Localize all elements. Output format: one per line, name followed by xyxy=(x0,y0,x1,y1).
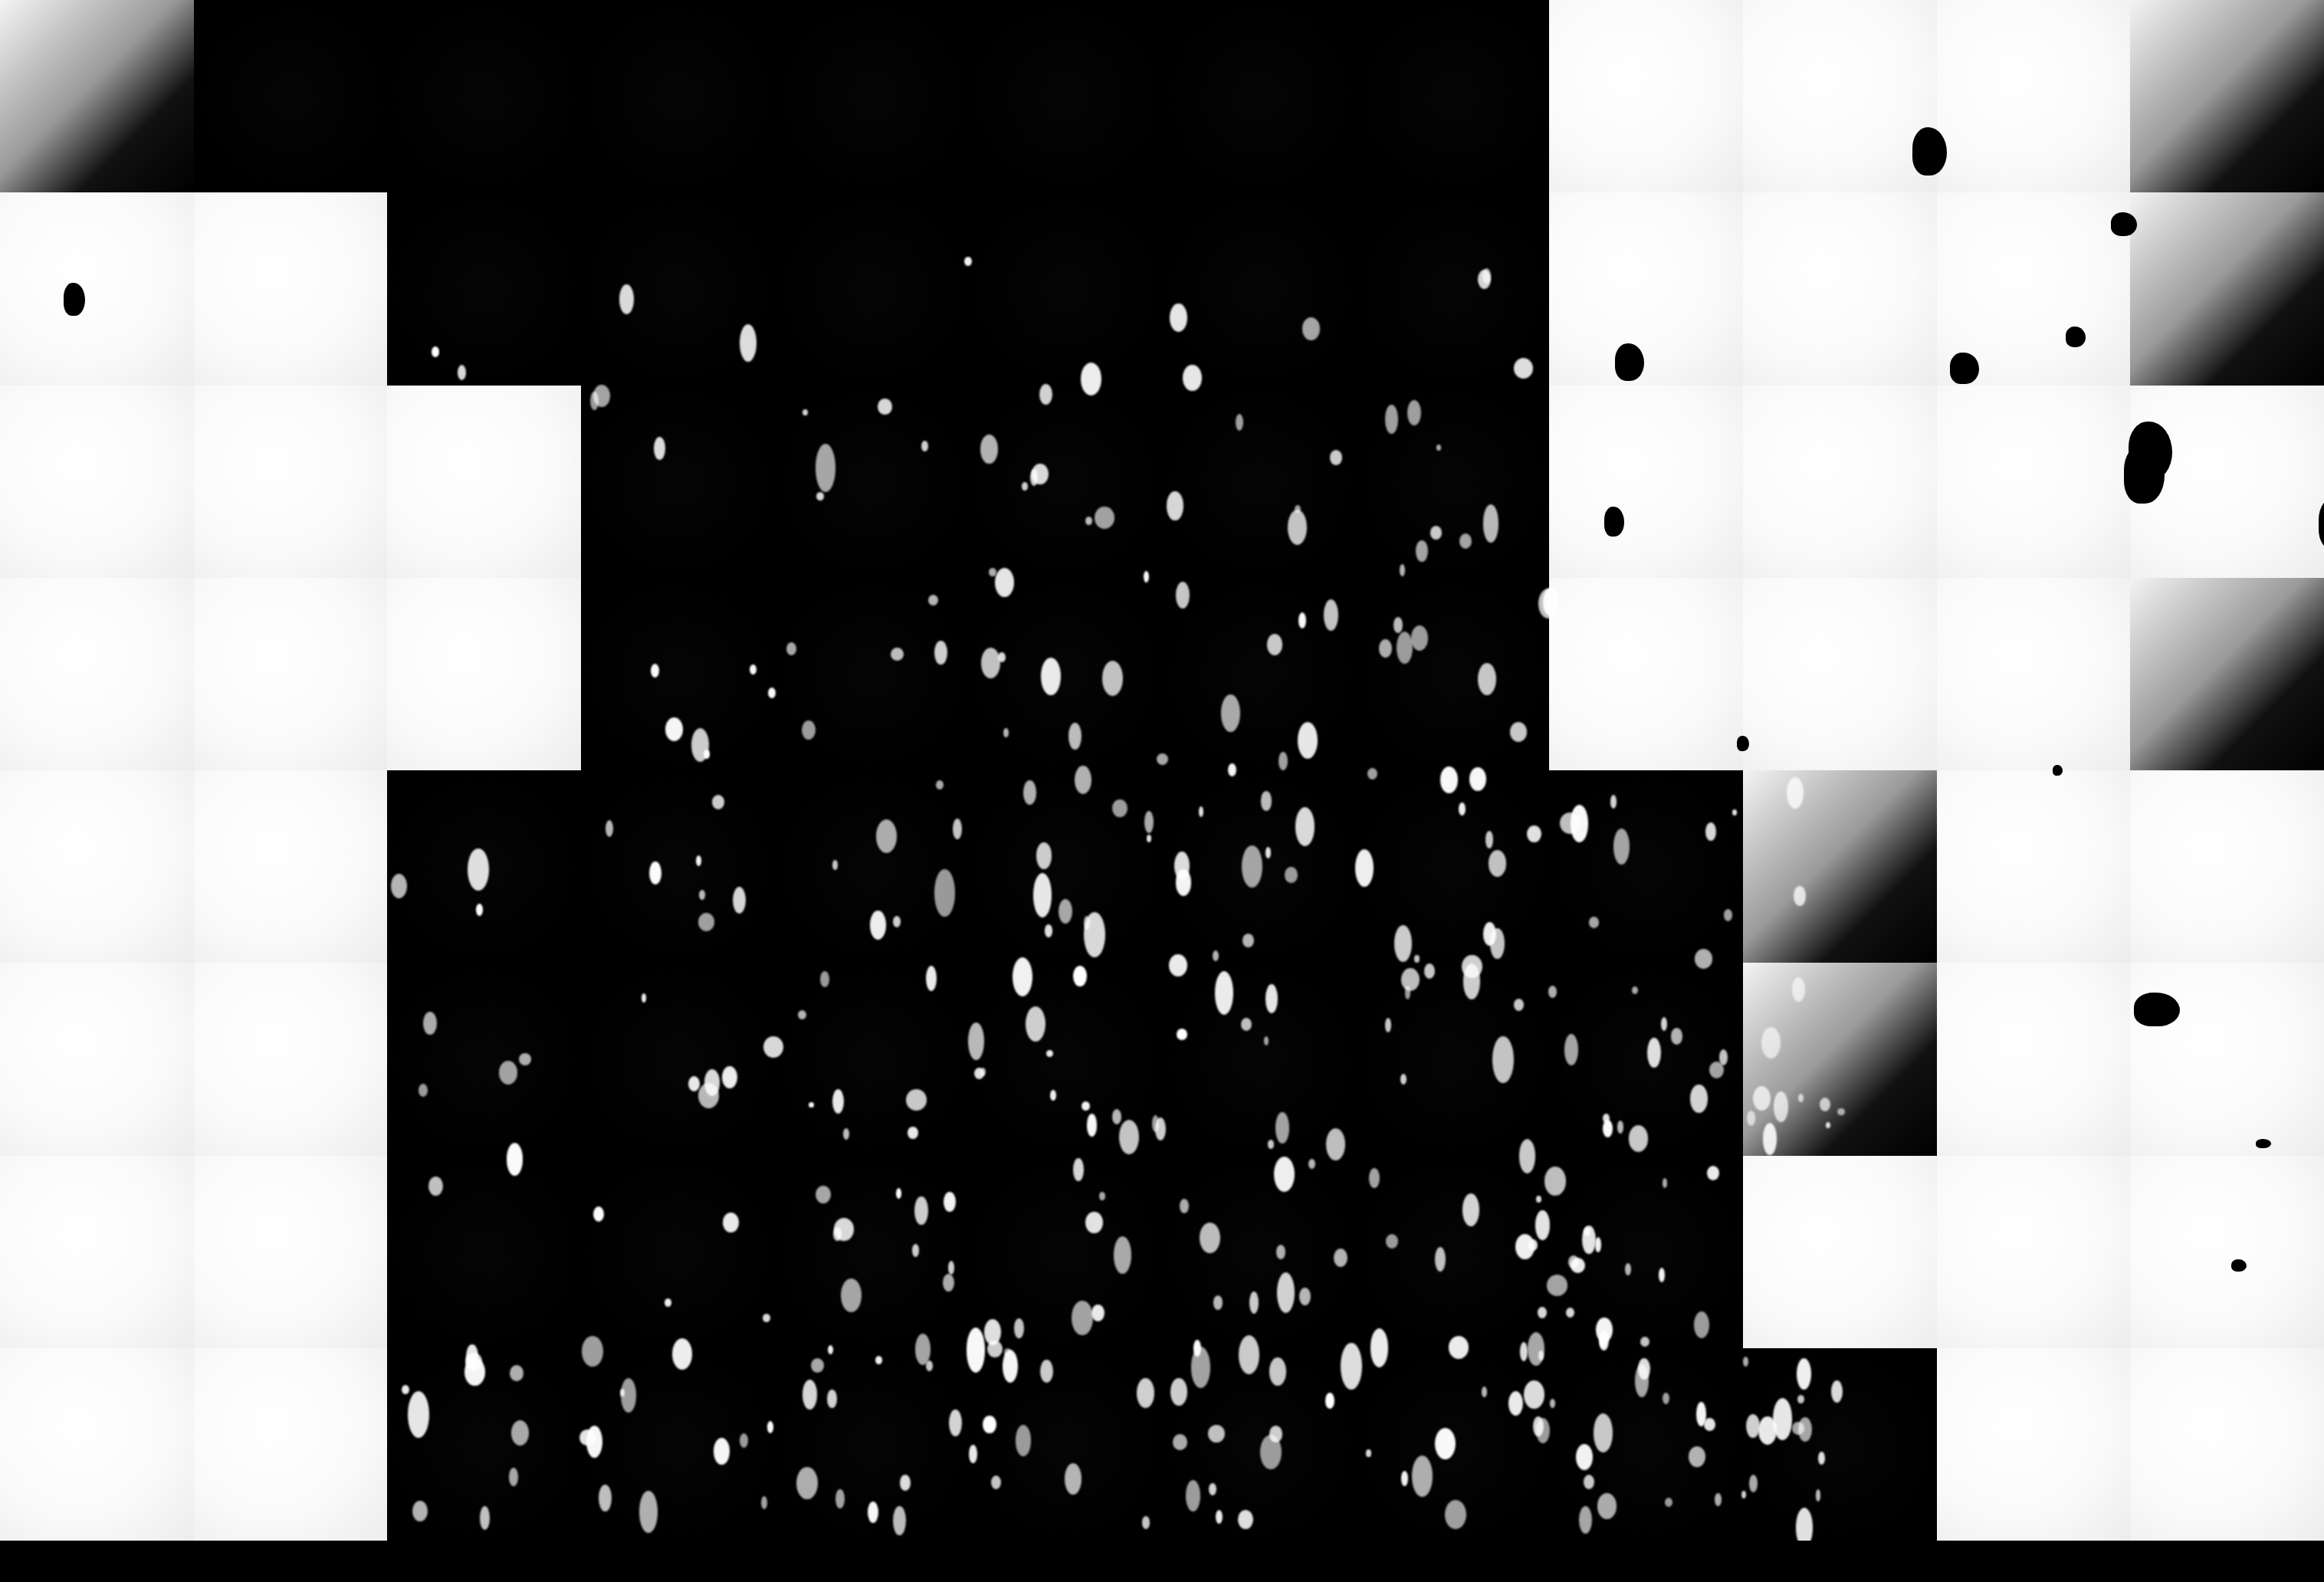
bright-speckle xyxy=(1401,968,1420,991)
bright-speckle xyxy=(1209,1483,1216,1495)
bright-speckle xyxy=(1401,1471,1408,1485)
bright-speckle xyxy=(1397,632,1413,664)
bright-speckle xyxy=(1330,450,1342,465)
bright-speckle xyxy=(1003,1350,1018,1383)
mosaic-tile xyxy=(194,192,389,386)
bright-speckle xyxy=(1114,1236,1131,1274)
bright-speckle xyxy=(1462,1193,1479,1226)
bright-speckle xyxy=(1026,1006,1045,1042)
mosaic-tile xyxy=(0,578,195,771)
bright-speckle xyxy=(1264,1036,1269,1045)
bright-speckle xyxy=(1193,1340,1201,1357)
bright-speckle xyxy=(740,324,757,363)
bright-speckle xyxy=(511,1420,530,1446)
bottom-black-band xyxy=(0,1541,2324,1582)
mosaic-tile xyxy=(1356,192,1551,386)
dark-blot xyxy=(2231,1259,2247,1272)
bright-speckle xyxy=(1445,1500,1466,1529)
mosaic-tile xyxy=(1162,192,1357,386)
mosaic-tile xyxy=(581,0,776,193)
mosaic-tile xyxy=(1162,0,1357,193)
bright-speckle xyxy=(1261,791,1272,810)
bright-speckle xyxy=(948,1261,955,1274)
bright-speckle xyxy=(1576,1444,1593,1470)
bright-speckle xyxy=(458,365,466,380)
bright-speckle xyxy=(896,1188,901,1199)
bright-speckle xyxy=(1269,1426,1282,1443)
mosaic-tile xyxy=(1743,192,1938,386)
bright-speckle xyxy=(983,1416,996,1433)
bright-speckle xyxy=(1535,1210,1549,1240)
bright-speckle xyxy=(654,437,665,459)
bright-speckle xyxy=(1661,1017,1667,1031)
bright-speckle xyxy=(1520,1342,1528,1361)
mosaic-tile xyxy=(1743,578,1938,771)
bright-speckle xyxy=(642,993,646,1002)
mosaic-tile xyxy=(1743,770,1938,963)
bright-speckle xyxy=(811,1358,824,1373)
bright-speckle xyxy=(908,1127,917,1139)
mosaic-tile xyxy=(1937,770,2132,963)
bright-speckle xyxy=(936,780,944,789)
bright-speckle xyxy=(1544,1167,1565,1196)
bright-speckle xyxy=(934,641,947,665)
bright-speckle xyxy=(1275,1112,1289,1144)
bright-speckle xyxy=(507,1143,524,1175)
bright-speckle xyxy=(1514,999,1525,1011)
bright-speckle xyxy=(1082,1101,1090,1111)
bright-speckle xyxy=(1274,1157,1295,1192)
bright-speckle xyxy=(1170,304,1187,332)
bright-speckle xyxy=(1326,1128,1346,1160)
bright-speckle xyxy=(798,1010,806,1019)
bright-speckle xyxy=(1527,825,1541,842)
mosaic-tile xyxy=(1743,1348,1938,1541)
mosaic-tile xyxy=(775,578,970,771)
mosaic-tile xyxy=(1549,192,1744,386)
mosaic-tile xyxy=(968,770,1163,963)
bright-speckle xyxy=(1324,599,1338,631)
bright-speckle xyxy=(651,664,659,678)
bright-speckle xyxy=(1249,1292,1259,1314)
mosaic-tile xyxy=(1549,770,1744,963)
bright-speckle xyxy=(796,1467,817,1500)
dark-blot xyxy=(1615,343,1644,381)
mosaic-tile xyxy=(775,963,970,1156)
mosaic-tile xyxy=(387,578,582,771)
bright-speckle xyxy=(1167,491,1183,521)
bright-speckle xyxy=(1831,1380,1843,1403)
bright-speckle xyxy=(1571,805,1589,842)
bright-speckle xyxy=(1075,766,1091,794)
mosaic-tile xyxy=(968,386,1163,579)
bright-speckle xyxy=(1308,1159,1315,1170)
bright-speckle xyxy=(832,1089,844,1114)
dark-blot xyxy=(64,283,85,316)
bright-speckle xyxy=(981,648,1000,678)
mosaic-tile xyxy=(194,0,389,193)
bright-speckle xyxy=(1796,1508,1813,1541)
bright-speckle xyxy=(1400,1074,1407,1085)
mosaic-tile xyxy=(1162,963,1357,1156)
dark-blot xyxy=(1737,736,1748,752)
mosaic-tile xyxy=(775,0,970,193)
bright-speckle xyxy=(639,1491,658,1532)
bright-speckle xyxy=(968,1022,984,1060)
bright-speckle xyxy=(991,1475,1001,1489)
bright-speckle xyxy=(1366,1449,1370,1456)
bright-speckle xyxy=(619,284,634,314)
bright-speckle xyxy=(1073,1158,1083,1181)
bright-speckle xyxy=(1022,482,1027,491)
bright-speckle xyxy=(1625,1263,1631,1276)
mosaic-tile xyxy=(1549,578,1744,771)
bright-speckle xyxy=(1269,1357,1286,1386)
bright-speckle xyxy=(1073,966,1088,986)
mosaic-tile xyxy=(2130,1156,2324,1349)
bright-speckle xyxy=(1743,1357,1749,1366)
mosaic-tile xyxy=(581,578,776,771)
bright-speckle xyxy=(1798,1094,1804,1101)
bright-speckle xyxy=(696,855,701,866)
bright-speckle xyxy=(1579,1506,1592,1534)
bright-speckle xyxy=(402,1385,409,1394)
bright-speckle xyxy=(827,1390,836,1409)
bright-speckle xyxy=(1033,873,1052,917)
mosaic-tile xyxy=(1549,386,1744,579)
bright-speckle xyxy=(767,1421,774,1433)
bright-speckle xyxy=(1239,1335,1259,1374)
bright-speckle xyxy=(1023,780,1036,804)
mosaic-tile xyxy=(581,770,776,963)
bright-speckle xyxy=(1424,963,1435,979)
bright-speckle xyxy=(408,1391,429,1438)
bright-speckle xyxy=(1763,1123,1777,1155)
bright-speckle xyxy=(1430,526,1442,539)
bright-speckle xyxy=(1597,1493,1617,1519)
dark-blot xyxy=(1950,353,1978,384)
bright-speckle xyxy=(964,257,972,266)
bright-speckle xyxy=(1325,1393,1334,1409)
bright-speckle xyxy=(1663,1393,1669,1405)
bright-speckle xyxy=(980,435,998,464)
mosaic-tile xyxy=(775,192,970,386)
mosaic-image xyxy=(0,0,2324,1541)
mosaic-tile xyxy=(1937,1156,2132,1349)
bright-speckle xyxy=(1582,1226,1596,1254)
bright-speckle xyxy=(1302,317,1320,340)
mosaic-tile xyxy=(2130,963,2324,1156)
bright-speckle xyxy=(1508,1391,1523,1416)
bright-speckle xyxy=(1173,1434,1187,1450)
bright-speckle xyxy=(1483,504,1499,542)
mosaic-tile xyxy=(387,386,582,579)
mosaic-tile xyxy=(2130,770,2324,963)
mosaic-tile xyxy=(968,578,1163,771)
bright-speckle xyxy=(967,1328,986,1373)
bright-speckle xyxy=(1440,766,1458,793)
bright-speckle xyxy=(1085,517,1092,525)
bright-speckle xyxy=(1208,1425,1225,1443)
bright-speckle xyxy=(1478,270,1491,289)
mosaic-tile xyxy=(0,770,195,963)
bright-speckle xyxy=(1041,658,1061,695)
bright-speckle xyxy=(989,568,996,576)
bright-speckle xyxy=(816,1186,831,1203)
bright-speckle xyxy=(1794,886,1806,906)
bright-speckle xyxy=(1091,1305,1104,1321)
bright-speckle xyxy=(1279,752,1288,770)
bright-speckle xyxy=(802,720,816,740)
bright-speckle xyxy=(722,1066,737,1088)
bright-speckle xyxy=(1295,807,1315,846)
bright-speckle xyxy=(1084,912,1105,957)
bright-speckle xyxy=(841,1278,861,1312)
bright-speckle xyxy=(875,1356,882,1364)
mosaic-tile xyxy=(1937,578,2132,771)
mosaic-tile xyxy=(1743,0,1938,193)
bright-speckle xyxy=(1818,1452,1825,1465)
bright-speckle xyxy=(876,819,897,853)
bright-speckle xyxy=(1221,694,1240,732)
bright-speckle xyxy=(1635,1364,1649,1397)
bright-speckle xyxy=(1462,955,1482,979)
mosaic-tile xyxy=(1937,0,2132,193)
mosaic-tile xyxy=(0,1348,195,1541)
bright-speckle xyxy=(949,1410,962,1436)
bright-speckle xyxy=(1747,1111,1755,1125)
bright-speckle xyxy=(1137,1378,1154,1408)
mosaic-tile xyxy=(194,578,389,771)
bright-speckle xyxy=(1085,1212,1102,1233)
bright-speckle xyxy=(761,1496,767,1509)
bright-speckle xyxy=(468,848,489,891)
bright-speckle xyxy=(464,1358,485,1386)
bright-speckle xyxy=(672,1338,692,1370)
bright-speckle xyxy=(1489,850,1507,877)
bright-speckle xyxy=(1277,1272,1295,1313)
bright-speckle xyxy=(1696,1402,1707,1426)
bright-speckle xyxy=(1176,869,1191,896)
bright-speckle xyxy=(1169,954,1187,976)
mosaic-tile xyxy=(1937,386,2132,579)
bright-speckle xyxy=(1538,1351,1543,1360)
bright-speckle xyxy=(1753,1086,1771,1111)
bright-speckle xyxy=(828,1345,833,1354)
bright-speckle xyxy=(1334,1249,1347,1267)
bright-speckle xyxy=(1228,763,1236,777)
bright-speckle xyxy=(900,1475,911,1492)
mosaic-tile xyxy=(0,192,195,386)
bright-speckle xyxy=(1749,1475,1758,1493)
bright-speckle xyxy=(1039,384,1052,405)
mosaic-tile xyxy=(2130,192,2324,386)
bright-speckle xyxy=(1510,722,1527,741)
bright-speckle xyxy=(712,795,724,809)
bright-speckle xyxy=(510,1365,524,1381)
bright-speckle xyxy=(1550,1399,1555,1408)
bright-speckle xyxy=(723,1213,738,1232)
bright-speckle xyxy=(1242,934,1254,947)
bright-speckle xyxy=(1416,540,1428,562)
dark-blot xyxy=(2111,212,2137,236)
bright-speckle xyxy=(1798,1417,1812,1442)
bright-speckle xyxy=(1180,1199,1189,1213)
bright-speckle xyxy=(1112,799,1128,818)
dark-blot xyxy=(1912,127,1948,175)
bright-speckle xyxy=(1689,1446,1706,1467)
bright-speckle xyxy=(944,1192,955,1211)
bright-speckle xyxy=(698,1083,719,1108)
bright-speckle xyxy=(1152,1115,1159,1131)
bright-speckle xyxy=(1459,802,1465,816)
mosaic-tile xyxy=(581,1156,776,1349)
mosaic-tile xyxy=(1743,386,1938,579)
bright-speckle xyxy=(934,869,954,916)
bright-speckle xyxy=(579,1429,596,1446)
bright-speckle xyxy=(499,1061,517,1084)
mosaic-tile xyxy=(194,386,389,579)
bright-speckle xyxy=(1241,1018,1252,1031)
bright-speckle xyxy=(1709,1062,1724,1078)
bright-speckle xyxy=(1276,1245,1285,1259)
mosaic-tile xyxy=(0,963,195,1156)
bright-speckle xyxy=(816,492,824,501)
bright-speckle xyxy=(1599,1331,1609,1351)
mosaic-tile xyxy=(968,1348,1163,1541)
mosaic-tile xyxy=(387,0,582,193)
bright-speckle xyxy=(1436,445,1441,450)
mosaic-tile xyxy=(1937,1348,2132,1541)
mosaic-tile xyxy=(968,1156,1163,1349)
bright-speckle xyxy=(1538,1307,1547,1318)
bright-speckle xyxy=(1013,957,1032,996)
bright-speckle xyxy=(1589,917,1598,928)
bright-speckle xyxy=(714,1438,730,1465)
bright-speckle xyxy=(1647,1038,1660,1068)
mosaic-tile xyxy=(194,1348,389,1541)
dark-blot xyxy=(1604,507,1624,537)
mosaic-tile xyxy=(1162,386,1357,579)
bright-speckle xyxy=(1449,1336,1469,1358)
mosaic-tile xyxy=(1549,0,1744,193)
bright-speckle xyxy=(1547,1275,1568,1296)
mosaic-tile xyxy=(387,1156,582,1349)
bright-speckle xyxy=(1536,1418,1551,1443)
bright-speckle xyxy=(1379,639,1392,657)
bright-speckle xyxy=(926,1360,933,1370)
bright-speckle xyxy=(1267,634,1282,655)
bright-speckle xyxy=(1773,1398,1793,1439)
mosaic-tile xyxy=(1356,0,1551,193)
mosaic-tile xyxy=(2130,0,2324,193)
bright-speckle xyxy=(1285,867,1297,884)
mosaic-tile xyxy=(2130,1348,2324,1541)
bright-speckle xyxy=(816,444,836,492)
bright-speckle xyxy=(665,717,683,741)
bright-speckle xyxy=(1144,811,1154,832)
mosaic-tile xyxy=(968,192,1163,386)
bright-speckle xyxy=(1482,1387,1487,1398)
bright-speckle xyxy=(733,887,746,914)
bright-speckle xyxy=(1087,1114,1098,1136)
bright-speckle xyxy=(1036,842,1052,869)
mosaic-tile xyxy=(387,192,582,386)
bright-speckle xyxy=(1385,1018,1391,1032)
bright-speckle xyxy=(1393,617,1403,633)
bright-speckle xyxy=(893,1506,905,1535)
bright-speckle xyxy=(1746,1414,1760,1438)
dark-blot xyxy=(2066,327,2086,347)
bright-speckle xyxy=(1519,1139,1535,1173)
bright-speckle xyxy=(688,1076,700,1091)
bright-speckle xyxy=(423,1012,437,1035)
mosaic-tile xyxy=(1549,963,1744,1156)
bright-speckle xyxy=(870,911,886,940)
bright-speckle xyxy=(1157,753,1168,765)
mosaic-tile xyxy=(0,0,195,193)
bright-speckle xyxy=(953,819,962,839)
mosaic-tile xyxy=(387,963,582,1156)
bright-speckle xyxy=(921,441,928,451)
bright-speckle xyxy=(1568,1255,1579,1269)
bright-speckle xyxy=(1065,1463,1082,1495)
bright-speckle xyxy=(750,665,757,675)
bright-speckle xyxy=(1068,723,1082,750)
bright-speckle xyxy=(809,1102,814,1108)
bright-speckle xyxy=(1003,728,1008,737)
bright-speckle xyxy=(1183,365,1201,392)
bright-speckle xyxy=(832,860,838,869)
dark-blot xyxy=(2134,993,2180,1027)
bright-speckle xyxy=(1369,1168,1380,1188)
mosaic-tile xyxy=(1356,963,1551,1156)
bright-speckle xyxy=(519,1053,531,1065)
mosaic-tile xyxy=(1356,770,1551,963)
bright-speckle xyxy=(1490,928,1504,959)
mosaic-tile xyxy=(194,963,389,1156)
bright-speckle xyxy=(1741,1491,1746,1498)
mosaic-tile xyxy=(0,1156,195,1349)
bright-speckle xyxy=(1170,1378,1187,1406)
mosaic-tile xyxy=(775,1156,970,1349)
mosaic-tile xyxy=(0,386,195,579)
bright-speckle xyxy=(843,1128,849,1140)
bright-speckle xyxy=(1705,822,1716,842)
bright-speckle xyxy=(1665,1498,1672,1507)
bright-speckle xyxy=(606,820,613,837)
bright-speckle xyxy=(1394,925,1412,962)
bright-speckle xyxy=(1435,1428,1456,1459)
bright-speckle xyxy=(599,1485,612,1511)
bright-speckle xyxy=(1724,909,1732,921)
bright-speckle xyxy=(969,1445,977,1463)
bright-speckle xyxy=(1632,986,1638,994)
mosaic-tile xyxy=(1356,578,1551,771)
mosaic-tile xyxy=(2130,578,2324,771)
bright-speckle xyxy=(878,399,891,415)
bright-speckle xyxy=(1072,1301,1092,1336)
bright-speckle xyxy=(928,595,938,606)
bright-speckle xyxy=(1629,1125,1649,1151)
bright-speckle xyxy=(1412,1456,1433,1497)
bright-speckle xyxy=(740,1433,748,1448)
bright-speckle xyxy=(1407,400,1421,425)
bright-speckle xyxy=(1032,464,1048,484)
mosaic-tile xyxy=(1162,1156,1357,1349)
bright-speckle xyxy=(1797,1358,1811,1390)
bright-speckle xyxy=(1613,829,1630,865)
